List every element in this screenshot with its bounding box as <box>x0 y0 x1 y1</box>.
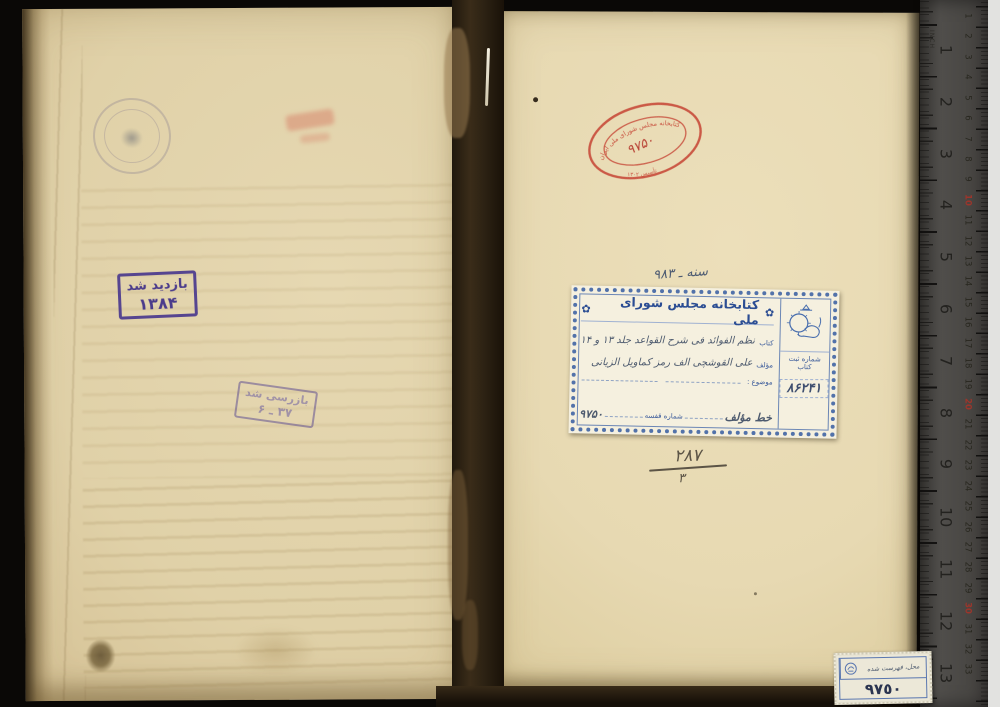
book-spine <box>452 0 504 707</box>
ruler-inch-number: 9 <box>937 455 956 473</box>
ghost-text-showthrough <box>81 177 455 479</box>
lion-and-sun-emblem <box>780 299 830 352</box>
ruler-unit-label: INCH <box>928 30 935 49</box>
ruler-cm-number: 12 <box>963 234 973 247</box>
ruler-inch-number: 11 <box>937 559 956 577</box>
ruler-cm-number: 2 <box>963 30 973 43</box>
corner-label-note: محل، فهرست شده <box>860 656 926 680</box>
ruler-cm-number: 16 <box>963 316 973 329</box>
ruler-cm-number: 25 <box>963 500 973 513</box>
ruler-inch-number: 3 <box>937 145 956 163</box>
ruler-inch-ticks <box>920 0 937 707</box>
subject-field-label: موضوع : <box>747 378 773 389</box>
ruler-cm-number: 26 <box>963 520 973 533</box>
shelf-number-label: شماره قفسه <box>644 412 682 423</box>
mini-emblem-icon <box>844 662 858 676</box>
ruler-cm-number: 22 <box>963 438 973 451</box>
author-field-label: مؤلف <box>756 361 773 371</box>
book-scan-photo: بازدید شد ۱۳۸۴ بازرسی شد ۳۷ ـ ۶ <box>0 0 1000 707</box>
ruler-cm-number: 10 <box>963 193 973 206</box>
call-number-denominator: ۳ <box>645 469 731 487</box>
red-stamp-number: ۹۷۵۰ <box>625 133 657 158</box>
ruler-cm-number: 19 <box>963 377 973 390</box>
ruler-cm-number: 23 <box>963 459 973 472</box>
label-inner-frame: شماره ثبت کتاب ۸۶۲۴۱ ✿ کتابخانه مجلس شور… <box>577 293 832 430</box>
footer-dash-line-2 <box>605 415 643 418</box>
ruler-cm-number: 28 <box>963 561 973 574</box>
author-hand-label: خط مؤلف <box>724 410 772 424</box>
soft-stain <box>215 616 335 687</box>
ruler-inch-number: 1 <box>937 41 956 59</box>
ruler-cm-number: 17 <box>963 336 973 349</box>
ruler-cm-number: 11 <box>963 214 973 227</box>
label-main-box: ✿ کتابخانه مجلس شورای ملی ✿ کتاب نظم الف… <box>573 294 780 428</box>
visit-stamp: بازدید شد ۱۳۸۴ <box>117 270 198 319</box>
corner-label-frame: محل، فهرست شده ٩٧٥٠ <box>839 656 928 700</box>
ruler-cm-number: 4 <box>963 71 973 84</box>
ruler-mm-ticks <box>975 0 988 707</box>
ruler-cm-number: 1 <box>963 10 973 23</box>
ruler-cm-number: 15 <box>963 295 973 308</box>
left-page <box>22 7 462 701</box>
blank-dash-line <box>582 378 658 382</box>
book-field-label: کتاب <box>759 339 773 349</box>
corner-label-number: ٩٧٥٠ <box>840 678 926 699</box>
red-stamp-arc-bottom-text: تأسیس ۱۳۰۲ <box>625 164 658 182</box>
ruler-cm-number: 33 <box>963 663 973 676</box>
book-field-value: نظم الفوائد فی شرح القواعد جلد ۱۳ و ۱۴ <box>581 334 756 348</box>
label-footer-row: خط مؤلف شماره قفسه ۹۷۵۰ <box>579 407 772 426</box>
ruler-cm-number: 8 <box>963 152 973 165</box>
ruler-inch-number: 5 <box>937 248 956 266</box>
scan-background-strip <box>988 0 1000 707</box>
spine-worn-patch-3 <box>462 600 478 670</box>
handwritten-call-number: ۲۸۷ ۳ <box>644 445 731 488</box>
author-field-value: علی القوشچی الف رمز کماویل الزیانی <box>591 356 753 370</box>
ruler-inch-number: 4 <box>937 196 956 214</box>
binding-thread <box>485 48 490 106</box>
visit-stamp-frame: بازدید شد ۱۳۸۴ <box>117 270 198 319</box>
ruler-cm-number: 29 <box>963 581 973 594</box>
corner-number-label: محل، فهرست شده ٩٧٥٠ <box>833 651 932 705</box>
ruler-cm-number: 9 <box>963 173 973 186</box>
ruler-cm-number: 30 <box>963 602 973 615</box>
rosette-icon: ✿ <box>581 302 590 315</box>
ruler-inch-number: 10 <box>937 507 956 525</box>
ruler-cm-number: 18 <box>963 357 973 370</box>
ruler-cm-number: 14 <box>963 275 973 288</box>
ruler-cm-number: 32 <box>963 643 973 656</box>
ruler-inch-number: 7 <box>937 352 956 370</box>
ruler-inch-number: 13 <box>937 663 956 681</box>
svg-text:تأسیس ۱۳۰۲: تأسیس ۱۳۰۲ <box>625 164 658 182</box>
registration-title: شماره ثبت کتاب <box>780 351 829 374</box>
ruler-cm-number: 21 <box>963 418 973 431</box>
paper-speck-3 <box>754 592 757 595</box>
author-row: مؤلف علی القوشچی الف رمز کماویل الزیانی <box>580 346 773 372</box>
visit-stamp-text: بازدید شد <box>126 276 188 296</box>
ruler-cm-number: 24 <box>963 479 973 492</box>
paper-speck <box>533 97 538 102</box>
metal-ruler: INCH 12345678910111213 12345678910111213… <box>920 0 988 707</box>
library-catalog-label: شماره ثبت کتاب ۸۶۲۴۱ ✿ کتابخانه مجلس شور… <box>568 285 839 439</box>
left-page-creases <box>52 9 86 701</box>
ruler-cm-number: 6 <box>963 112 973 125</box>
ruler-cm-number: 31 <box>963 622 973 635</box>
corner-label-top-row: محل، فهرست شده <box>840 657 926 680</box>
ruler-cm-number: 27 <box>963 540 973 553</box>
subject-row: موضوع : <box>580 368 773 389</box>
ruler-cm-number: 3 <box>963 50 973 63</box>
rosette-icon: ✿ <box>765 306 774 319</box>
registration-number: ۸۶۲۴۱ <box>780 379 829 398</box>
spine-worn-patch <box>444 28 470 138</box>
corner-label-emblem-box <box>840 658 861 678</box>
ruler-cm-number: 13 <box>963 255 973 268</box>
visit-stamp-year: ۱۳۸۴ <box>127 293 189 315</box>
ruler-inch-number: 12 <box>937 611 956 629</box>
blank-dash-line <box>665 380 741 384</box>
ruler-inch-number: 8 <box>937 404 956 422</box>
ruler-cm-number: 7 <box>963 132 973 145</box>
footer-dash-line <box>685 417 723 420</box>
ruler-cm-number: 20 <box>963 397 973 410</box>
spine-worn-patch-2 <box>448 470 468 620</box>
ruler-inch-number: 6 <box>937 300 956 318</box>
ruler-inch-number: 2 <box>937 93 956 111</box>
book-title-row: کتاب نظم الفوائد فی شرح القواعد جلد ۱۳ و… <box>581 321 774 350</box>
label-side-panel: شماره ثبت کتاب ۸۶۲۴۱ <box>778 299 831 430</box>
shelf-number-value: ۹۷۵۰ <box>579 407 603 420</box>
left-page-worn-edge <box>22 9 54 701</box>
ruler-cm-number: 5 <box>963 91 973 104</box>
